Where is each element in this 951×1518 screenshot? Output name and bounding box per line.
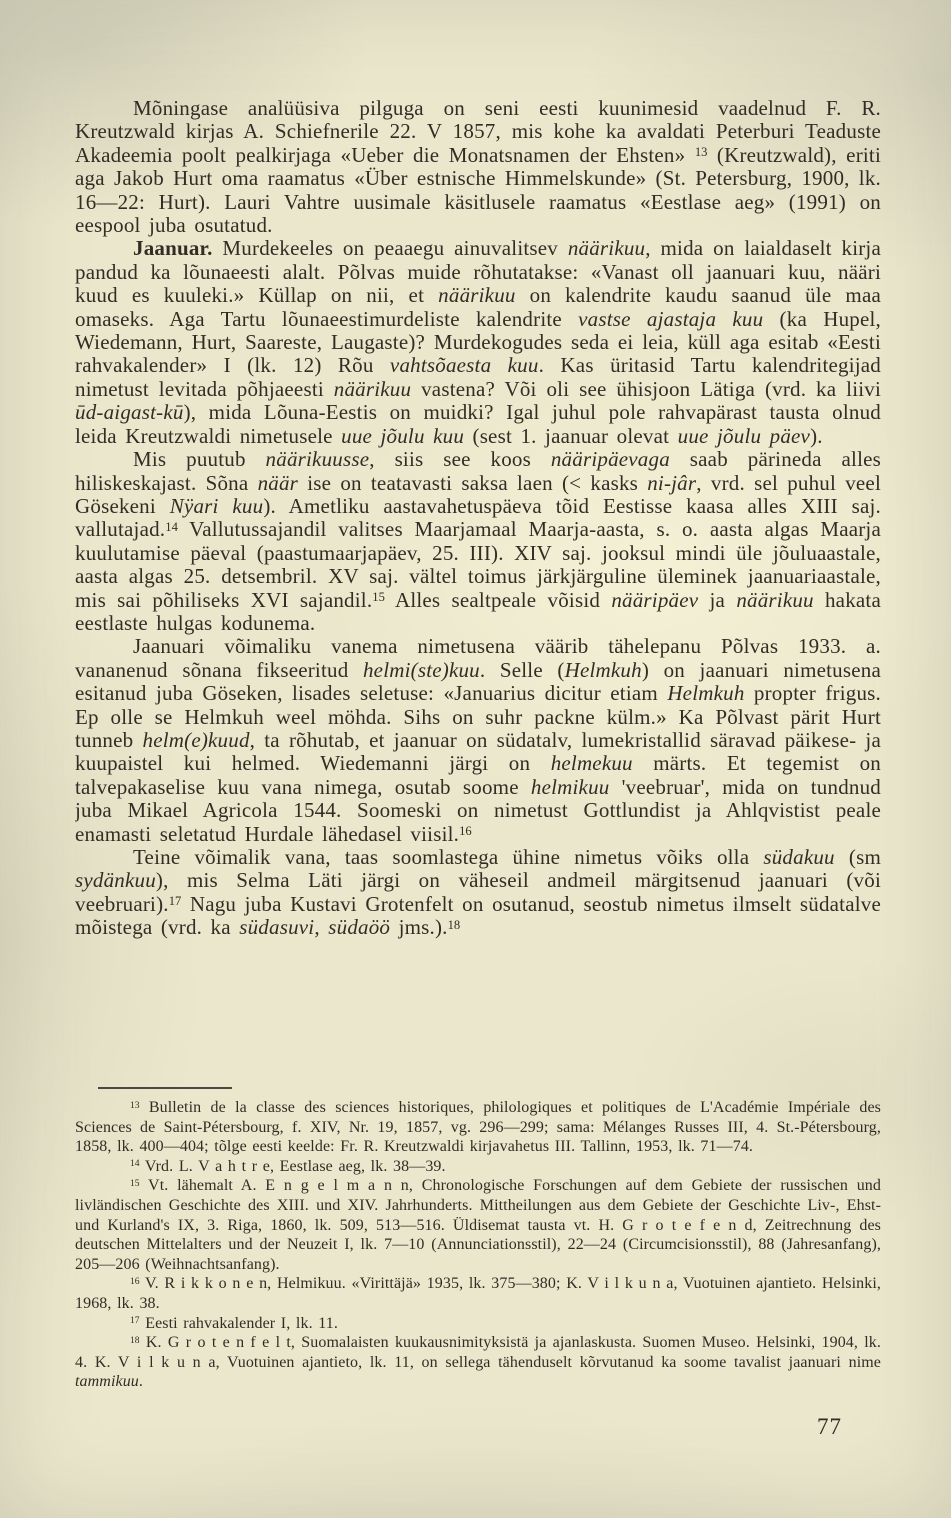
paragraph: Teine võimalik vana, taas soomlastega üh…	[75, 846, 881, 940]
text-run: Nÿari kuu	[170, 494, 264, 518]
footnote-item: 18 K. G r o t e n f e l t, Suomalaisten …	[75, 1333, 881, 1392]
footnote-ref: 13	[695, 145, 708, 159]
text-run: ja	[698, 588, 736, 612]
text-run: (sest 1. jaanuar olevat	[464, 424, 678, 448]
text-run: Eesti rahvakalender I, lk. 11.	[145, 1315, 338, 1332]
text-run: südasuvi	[239, 915, 314, 939]
footnote-ref: 14	[165, 520, 178, 534]
text-run: Vt. lähemalt A. E n g e l m a n n, Chron…	[75, 1177, 881, 1272]
paragraph: Mõningase analüüsiva pilguga on seni ees…	[75, 97, 881, 237]
text-run: Mis puutub	[133, 447, 266, 471]
text-run: helmikuu	[531, 775, 610, 799]
text-run: helm(e)kuud	[143, 728, 250, 752]
text-run: näärikuu	[438, 283, 515, 307]
text-run: näär	[258, 471, 298, 495]
book-page: Mõningase analüüsiva pilguga on seni ees…	[0, 0, 951, 1518]
text-run: näärikuu	[334, 377, 411, 401]
text-run: Vrd. L. V a h t r e, Eestlase aeg, lk. 3…	[145, 1158, 446, 1175]
text-run: näärikuu	[568, 236, 645, 260]
text-run: Alles sealtpeale võisid	[385, 588, 611, 612]
text-run: Helmkuh	[667, 681, 744, 705]
text-run: Helmkuh	[565, 658, 642, 682]
text-run: tammikuu	[75, 1373, 139, 1390]
body-text: Mõningase analüüsiva pilguga on seni ees…	[75, 97, 881, 1089]
footnotes: 13 Bulletin de la classe des sciences hi…	[75, 1098, 881, 1392]
footnote-marker: 15	[130, 1178, 140, 1189]
text-run: sydänkuu	[75, 868, 156, 892]
text-run: vahtsõaesta kuu	[390, 353, 539, 377]
footnote-item: 14 Vrd. L. V a h t r e, Eestlase aeg, lk…	[75, 1157, 881, 1177]
text-run: vastena? Või oli see ühisjoon Lätiga (vr…	[411, 377, 881, 401]
footnote-item: 13 Bulletin de la classe des sciences hi…	[75, 1098, 881, 1157]
footnote-ref: 16	[459, 824, 472, 838]
text-run: V. R i k k o n e n, Helmikuu. «Virittäjä…	[75, 1275, 881, 1312]
text-run: südakuu	[763, 845, 834, 869]
text-run: nääripäevaga	[551, 447, 670, 471]
text-run: uue jõulu kuu	[341, 424, 464, 448]
paragraph: Jaanuar. Murdekeeles on peaaegu ainuvali…	[75, 237, 881, 448]
footnote-item: 15 Vt. lähemalt A. E n g e l m a n n, Ch…	[75, 1176, 881, 1274]
text-run: ).	[810, 424, 823, 448]
footnote-ref: 18	[448, 918, 461, 932]
footnote-ref: 15	[372, 590, 385, 604]
footnote-marker: 18	[130, 1335, 140, 1346]
paragraph: Mis puutub näärikuusse, siis see koos nä…	[75, 448, 881, 635]
text-run: uue jõulu päev	[678, 424, 810, 448]
footnote-item: 16 V. R i k k o n e n, Helmikuu. «Viritt…	[75, 1274, 881, 1313]
text-run: . Selle (	[480, 658, 565, 682]
paragraph: Jaanuari võimaliku vanema nimetusena vää…	[75, 635, 881, 846]
text-run: helmekuu	[551, 751, 633, 775]
footnote-item: 17 Eesti rahvakalender I, lk. 11.	[75, 1314, 881, 1334]
text-run: näärikuusse	[266, 447, 370, 471]
text-run: Teine võimalik vana, taas soomlastega üh…	[133, 845, 763, 869]
text-run: südaöö	[328, 915, 390, 939]
text-run: Jaanuar.	[133, 236, 213, 260]
text-run: , siis see koos	[369, 447, 551, 471]
text-run: jms.).	[390, 915, 448, 939]
text-run: ūd-aigast-kū	[75, 400, 184, 424]
text-run: vastse ajastaja kuu	[578, 307, 763, 331]
text-run: (sm	[835, 845, 881, 869]
text-run: nääripäev	[611, 588, 698, 612]
text-run: K. G r o t e n f e l t, Suomalaisten kuu…	[75, 1334, 881, 1371]
footnote-marker: 14	[130, 1158, 140, 1169]
footnote-marker: 13	[130, 1100, 140, 1111]
footnote-marker: 16	[130, 1276, 140, 1287]
text-run: näärikuu	[736, 588, 813, 612]
footnote-separator	[98, 1087, 232, 1089]
footnote-marker: 17	[130, 1315, 140, 1326]
text-run: helmi(ste)kuu	[363, 658, 480, 682]
footnote-ref: 17	[169, 894, 182, 908]
text-run: ni-jâr	[647, 471, 696, 495]
text-run: Bulletin de la classe des sciences histo…	[75, 1099, 881, 1155]
text-run: .	[139, 1373, 143, 1390]
text-run: Nagu juba Kustavi Grotenfelt on osutanud…	[75, 892, 881, 939]
text-run: ,	[314, 915, 328, 939]
text-run: ise on teatavasti saksa laen (< kasks	[298, 471, 647, 495]
text-run: Murdekeeles on peaaegu ainuvalitsev	[213, 236, 568, 260]
page-number: 77	[817, 1414, 842, 1440]
